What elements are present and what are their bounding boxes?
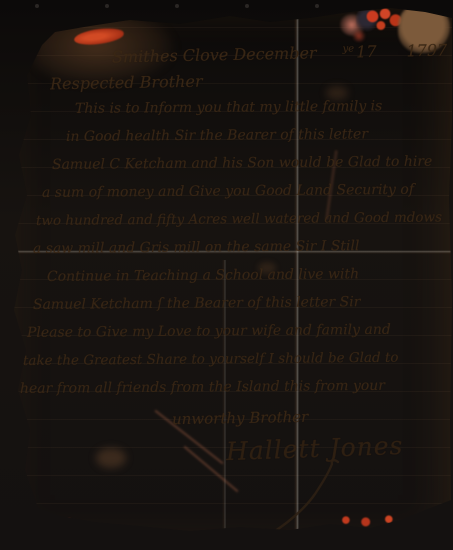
dateline-day-prefix: ye bbox=[342, 43, 354, 54]
top-right-wax-seal-remnant bbox=[352, 30, 366, 42]
closing-line: unworthy Brother bbox=[172, 408, 309, 428]
scan-background-dot bbox=[175, 4, 179, 8]
scan-background-dot bbox=[35, 4, 39, 8]
letter-line: This is to Inform you that my little fam… bbox=[75, 98, 453, 129]
letter-scan: Smithes Clove Decemberye171797 Respected… bbox=[0, 0, 453, 550]
letter-paper: Smithes Clove Decemberye171797 Respected… bbox=[0, 0, 453, 550]
letter-line: Samuel Ketcham ſ the Bearer of this lett… bbox=[33, 293, 453, 325]
letter-line: Continue in Teaching a School and live w… bbox=[47, 265, 453, 297]
scan-background-dot bbox=[105, 4, 109, 8]
dateline-day: 17 bbox=[356, 42, 377, 61]
letter-body: This is to Inform you that my little fam… bbox=[0, 101, 453, 409]
letter-line: Please to Give my Love to your wife and … bbox=[27, 321, 453, 353]
letter-line: a sum of money and Give you Good Land Se… bbox=[42, 181, 453, 213]
letter-line: in Good health Sir the Bearer of this le… bbox=[66, 126, 453, 157]
foxing-spot bbox=[96, 448, 126, 468]
letter-line: two hundred and fifty Acres well watered… bbox=[36, 209, 453, 241]
letter-line: Samuel C Ketcham and his Son would be Gl… bbox=[52, 154, 453, 185]
bottom-edge-wax-bits bbox=[28, 514, 76, 527]
signature-flourish bbox=[235, 458, 355, 550]
dateline-year: 1797 bbox=[406, 40, 447, 60]
scan-background-dot bbox=[245, 4, 249, 8]
letter-line: take the Greatest Share to yourself I sh… bbox=[23, 349, 453, 381]
scan-background-dot bbox=[315, 4, 319, 8]
letter-line: hear from all friends from the Island th… bbox=[20, 377, 453, 409]
salutation: Respected Brother bbox=[50, 72, 203, 94]
letter-line: a saw mill and Gris mill on the same Sir… bbox=[33, 237, 453, 269]
